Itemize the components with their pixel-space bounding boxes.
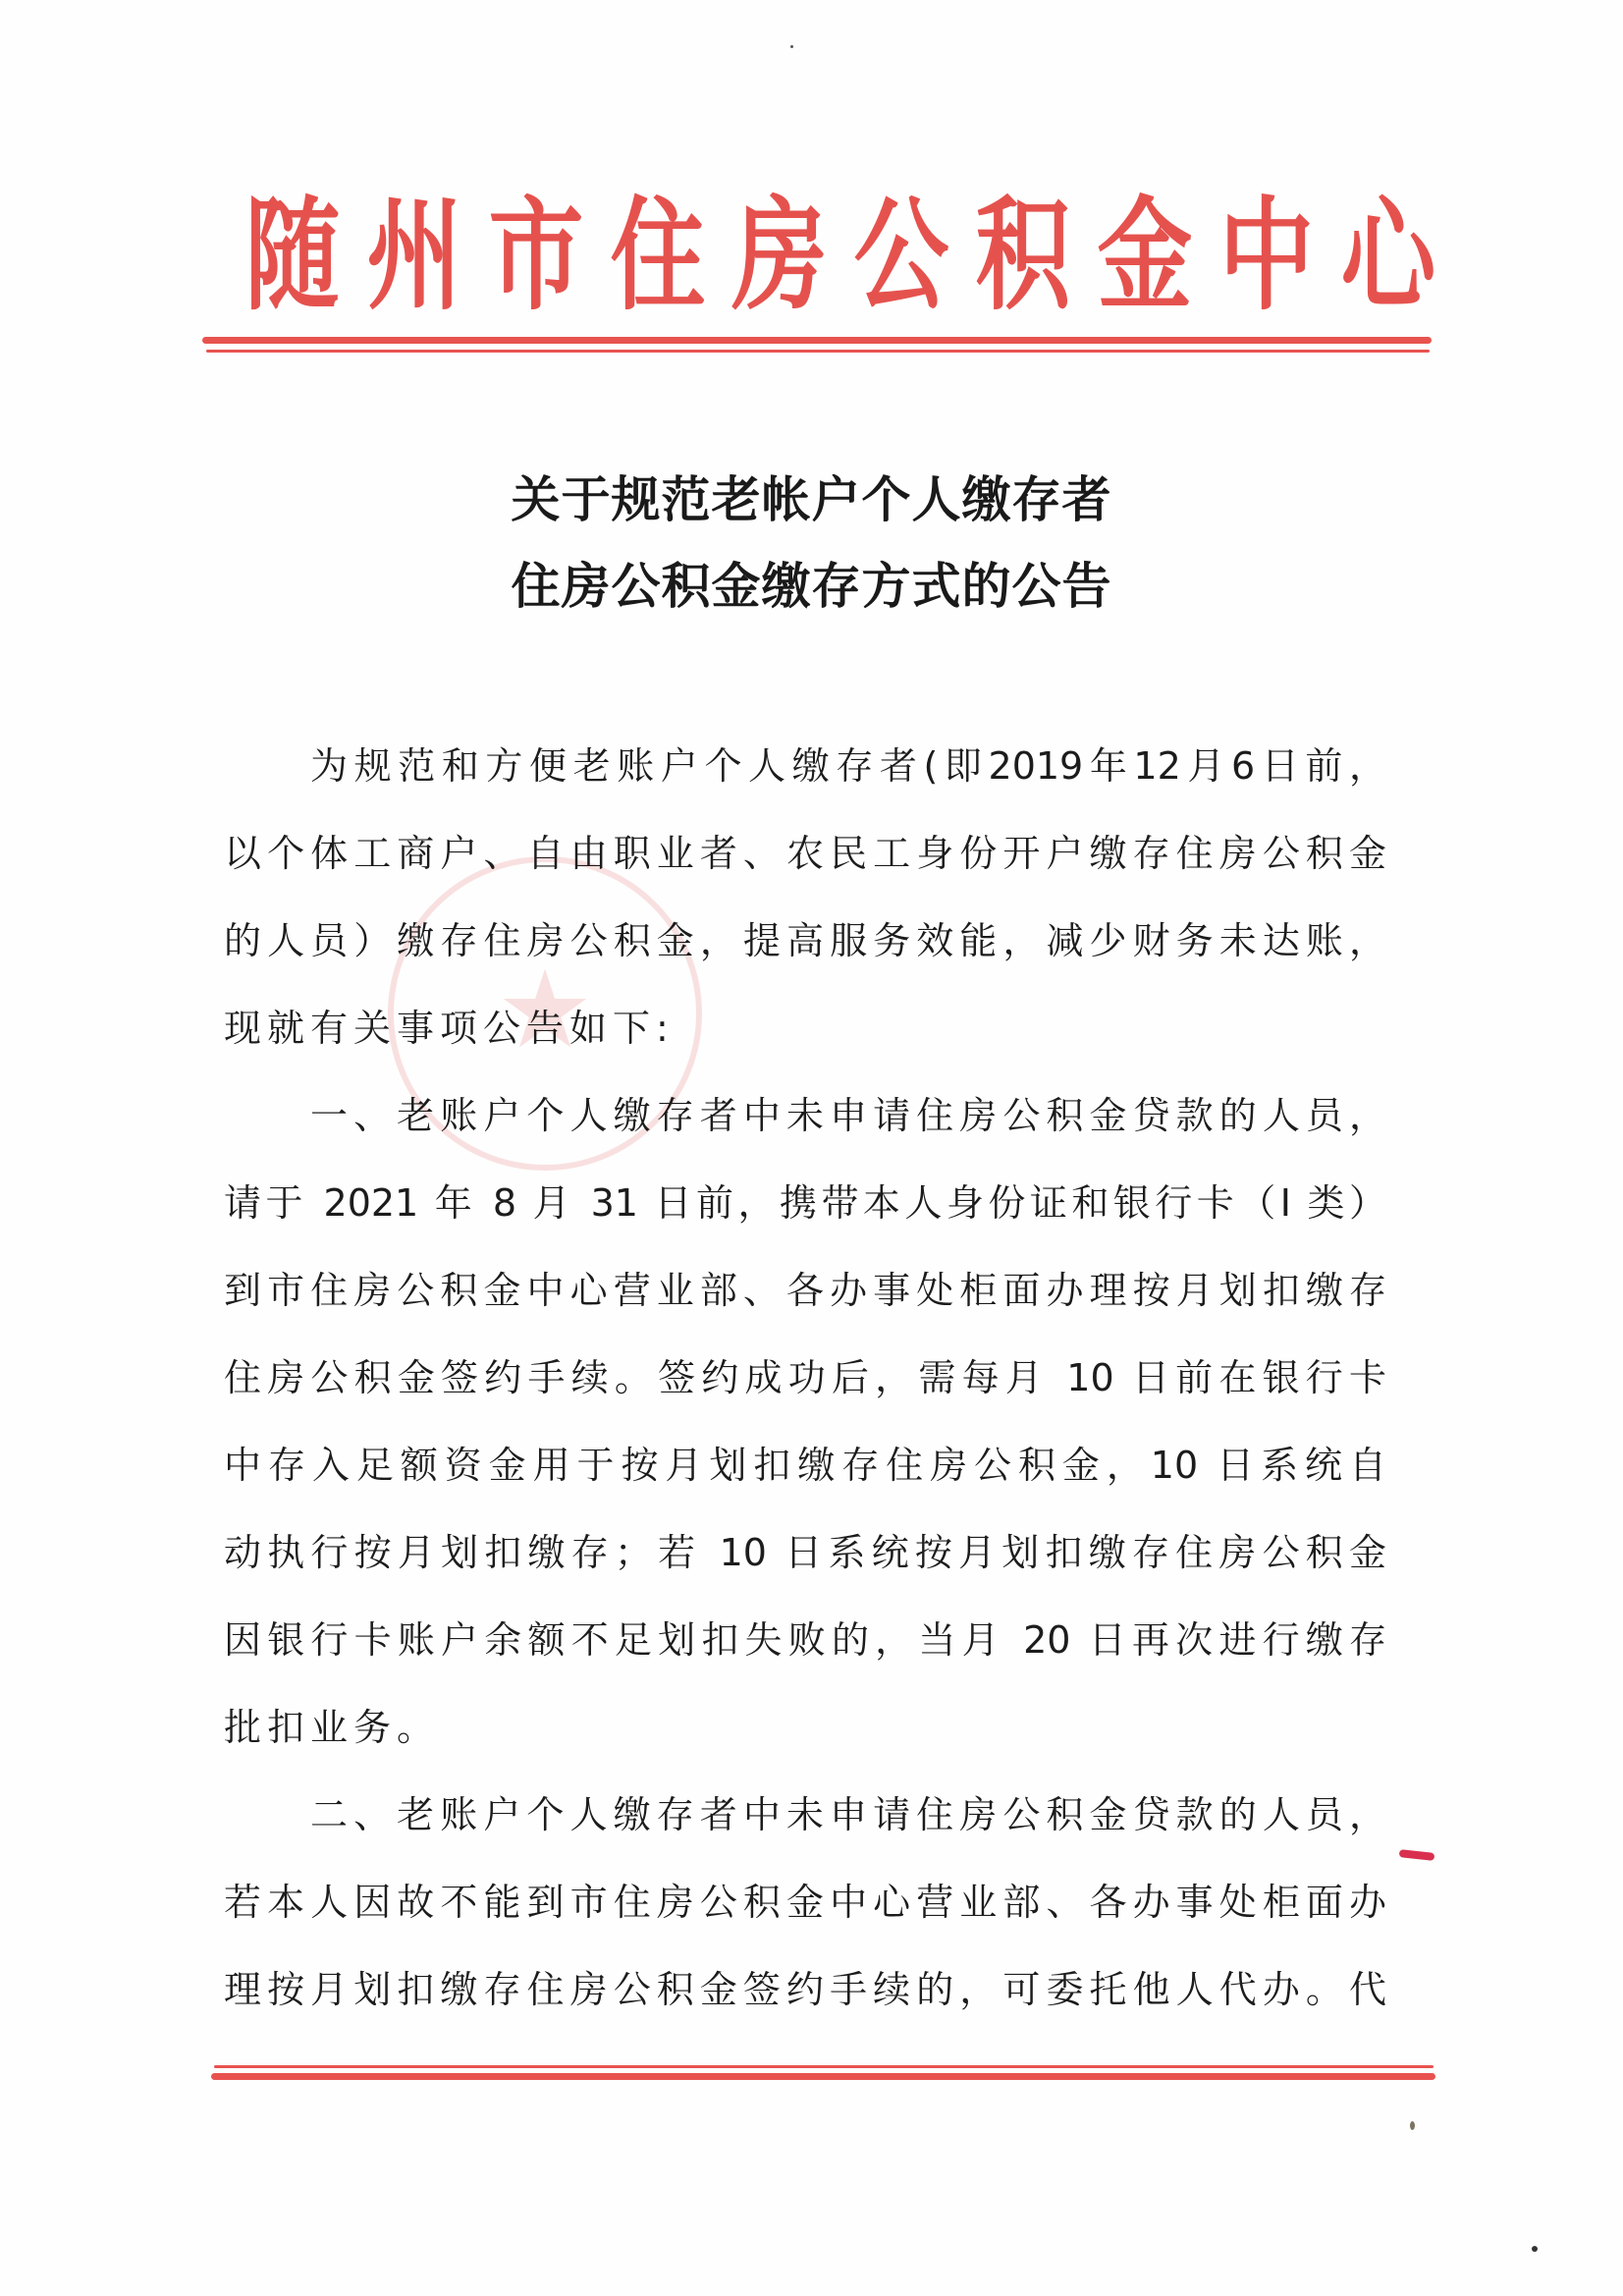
body-line: 请于 2021 年 8 月 31 日前，携带本人身份证和银行卡（I 类） — [224, 1174, 1386, 1232]
body-line: 中存入足额资金用于按月划扣缴存住房公积金，10 日系统自 — [224, 1436, 1386, 1495]
scan-speck — [1532, 2246, 1538, 2252]
letterhead-char: 州 — [367, 183, 462, 330]
body-line: 二、老账户个人缴存者中未申请住房公积金贷款的人员， — [310, 1785, 1386, 1844]
document-title-line-1: 关于规范老帐户个人缴存者 — [0, 469, 1623, 530]
body-line: 现就有关事项公告如下: — [224, 999, 1386, 1058]
letterhead-char: 金 — [1098, 183, 1193, 330]
letterhead-char: 公 — [854, 183, 949, 330]
body-line: 批扣业务。 — [224, 1698, 1386, 1757]
red-ink-smudge — [1399, 1849, 1435, 1861]
letterhead-char: 房 — [732, 183, 828, 330]
document-page: ★ 随 州 市 住 房 公 积 金 中 心 关于规范老帐户个人缴存者 住房公积金… — [0, 0, 1623, 2296]
header-thick-rule — [202, 337, 1432, 344]
letterhead-char: 市 — [489, 183, 584, 330]
body-line: 一、老账户个人缴存者中未申请住房公积金贷款的人员， — [310, 1086, 1386, 1145]
body-line: 到市住房公积金中心营业部、各办事处柜面办理按月划扣缴存 — [224, 1261, 1386, 1320]
scan-speck — [1410, 2121, 1415, 2130]
letterhead-char: 积 — [976, 183, 1071, 330]
footer-thin-rule — [214, 2065, 1434, 2068]
body-line: 动执行按月划扣缴存；若 10 日系统按月划扣缴存住房公积金 — [224, 1523, 1386, 1582]
body-line: 因银行卡账户余额不足划扣失败的，当月 20 日再次进行缴存 — [224, 1611, 1386, 1669]
letterhead-char: 心 — [1341, 183, 1436, 330]
letterhead-org-name: 随 州 市 住 房 公 积 金 中 心 — [202, 183, 1432, 330]
body-line: 为规范和方便老账户个人缴存者(即2019年12月6日前， — [310, 737, 1386, 795]
scan-speck — [790, 45, 793, 48]
body-line: 以个体工商户、自由职业者、农民工身份开户缴存住房公积金 — [224, 824, 1386, 883]
header-thin-rule — [206, 350, 1430, 353]
body-line: 住房公积金签约手续。签约成功后，需每月 10 日前在银行卡 — [224, 1348, 1386, 1407]
letterhead-char: 住 — [611, 183, 706, 330]
body-line: 的人员）缴存住房公积金，提高服务效能，减少财务未达账， — [224, 911, 1386, 970]
footer-thick-rule — [211, 2073, 1435, 2080]
letterhead-char: 中 — [1219, 183, 1315, 330]
body-line: 若本人因故不能到市住房公积金中心营业部、各办事处柜面办 — [224, 1873, 1386, 1932]
document-title-line-2: 住房公积金缴存方式的公告 — [0, 556, 1623, 617]
letterhead-char: 随 — [245, 183, 341, 330]
body-line: 理按月划扣缴存住房公积金签约手续的，可委托他人代办。代 — [224, 1960, 1386, 2019]
